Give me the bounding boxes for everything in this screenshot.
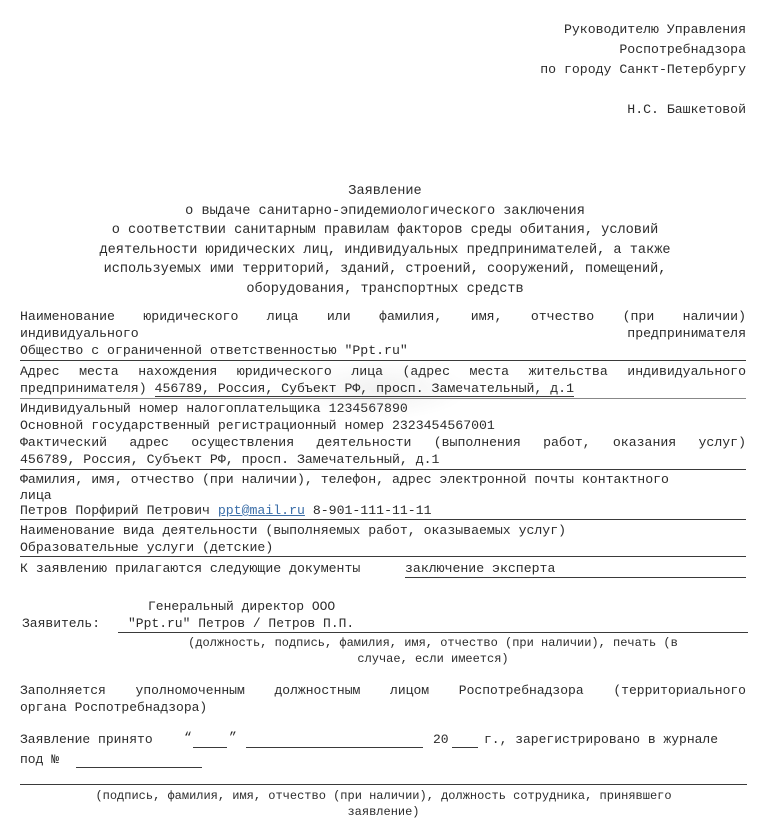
title-line-3: о соответствии санитарным правилам факто… bbox=[0, 221, 770, 241]
official-note-1: Заполняется уполномоченным должностным л… bbox=[20, 683, 746, 698]
actual-address-label: Фактический адрес осуществления деятельн… bbox=[20, 435, 746, 450]
addressee-block: Руководителю Управления Роспотребнадзора… bbox=[540, 20, 746, 120]
applicant-hint: (должность, подпись, фамилия, имя, отчес… bbox=[118, 635, 748, 667]
year-prefix: 20 bbox=[433, 732, 449, 747]
applicant-value-2[interactable]: "Ppt.ru" Петров / Петров П.П. bbox=[128, 616, 354, 631]
month-field[interactable] bbox=[246, 747, 423, 748]
addressee-line-2: Роспотребнадзора bbox=[540, 40, 746, 60]
org-name-label-2-left: индивидуального bbox=[20, 326, 139, 341]
close-quote: ” bbox=[229, 730, 237, 745]
signature-hint: (подпись, фамилия, имя, отчество (при на… bbox=[20, 788, 747, 820]
inn-label: Индивидуальный номер налогоплательщика bbox=[20, 401, 321, 416]
applicant-value-1[interactable]: Генеральный директор ООО bbox=[148, 599, 335, 614]
applicant-underline bbox=[118, 632, 748, 633]
accepted-prefix: Заявление принято bbox=[20, 732, 153, 747]
ogrn-label: Основной государственный регистрационный… bbox=[20, 418, 384, 433]
signature-line[interactable] bbox=[20, 784, 747, 785]
org-name-label-1: Наименование юридического лица или фамил… bbox=[20, 309, 746, 324]
title-line-4: деятельности юридических лиц, индивидуал… bbox=[0, 241, 770, 261]
contact-name[interactable]: Петров Порфирий Петрович bbox=[20, 503, 210, 518]
divider bbox=[20, 360, 746, 361]
inn-row: Индивидуальный номер налогоплательщика 1… bbox=[20, 401, 408, 416]
applicant-label: Заявитель: bbox=[22, 616, 100, 631]
ogrn-value[interactable]: 2323454567001 bbox=[392, 418, 495, 433]
activity-label: Наименование вида деятельности (выполняе… bbox=[20, 523, 566, 538]
addressee-name: Н.С. Башкетовой bbox=[540, 100, 746, 120]
legal-address-label-1: Адрес места нахождения юридического лица… bbox=[20, 364, 746, 379]
signature-hint-2: заявление) bbox=[20, 804, 747, 820]
official-note-2: органа Роспотребнадзора) bbox=[20, 700, 207, 715]
activity-value[interactable]: Образовательные услуги (детские) bbox=[20, 540, 273, 555]
day-field[interactable] bbox=[193, 747, 227, 748]
org-name-value[interactable]: Общество с ограниченной ответственностью… bbox=[20, 343, 408, 358]
contact-phone[interactable]: 8-901-111-11-11 bbox=[313, 503, 432, 518]
contact-label-2: лица bbox=[20, 488, 52, 503]
legal-address-label-2: предпринимателя) 456789, Россия, Субъект… bbox=[20, 381, 574, 396]
org-name-label-2-right: предпринимателя bbox=[627, 326, 746, 341]
title-line-6: оборудования, транспортных средств bbox=[0, 280, 770, 300]
inn-value[interactable]: 1234567890 bbox=[329, 401, 408, 416]
journal-number-field[interactable] bbox=[76, 767, 202, 768]
attachments-underline bbox=[405, 577, 746, 578]
attachments-value[interactable]: заключение эксперта bbox=[405, 561, 555, 576]
signature-hint-1: (подпись, фамилия, имя, отчество (при на… bbox=[20, 788, 747, 804]
addressee-line-1: Руководителю Управления bbox=[540, 20, 746, 40]
document-title: Заявление о выдаче санитарно-эпидемиолог… bbox=[0, 182, 770, 299]
contact-label-1: Фамилия, имя, отчество (при наличии), те… bbox=[20, 472, 669, 487]
applicant-hint-1: (должность, подпись, фамилия, имя, отчес… bbox=[118, 635, 748, 651]
open-quote: “ bbox=[184, 730, 192, 745]
number-label: под № bbox=[20, 752, 59, 767]
actual-address-value[interactable]: 456789, Россия, Субъект РФ, просп. Замеч… bbox=[20, 452, 439, 467]
title-line-1: Заявление bbox=[0, 182, 770, 202]
addressee-line-3: по городу Санкт-Петербургу bbox=[540, 60, 746, 80]
divider bbox=[20, 469, 746, 470]
accepted-suffix: г., зарегистрировано в журнале bbox=[484, 732, 718, 747]
divider bbox=[20, 519, 746, 520]
title-line-2: о выдаче санитарно-эпидемиологического з… bbox=[0, 202, 770, 222]
divider bbox=[20, 556, 746, 557]
year-field[interactable] bbox=[452, 747, 478, 748]
applicant-hint-2: случае, если имеется) bbox=[118, 651, 748, 667]
title-line-5: используемых ими территорий, зданий, стр… bbox=[0, 260, 770, 280]
legal-address-value[interactable]: 456789, Россия, Субъект РФ, просп. Замеч… bbox=[155, 381, 574, 397]
divider bbox=[20, 398, 746, 399]
contact-row: Петров Порфирий Петрович ppt@mail.ru 8-9… bbox=[20, 503, 432, 518]
attachments-label: К заявлению прилагаются следующие докуме… bbox=[20, 561, 360, 576]
contact-email-link[interactable]: ppt@mail.ru bbox=[218, 503, 305, 518]
legal-address-label-2-text: предпринимателя) bbox=[20, 381, 147, 396]
ogrn-row: Основной государственный регистрационный… bbox=[20, 418, 495, 433]
